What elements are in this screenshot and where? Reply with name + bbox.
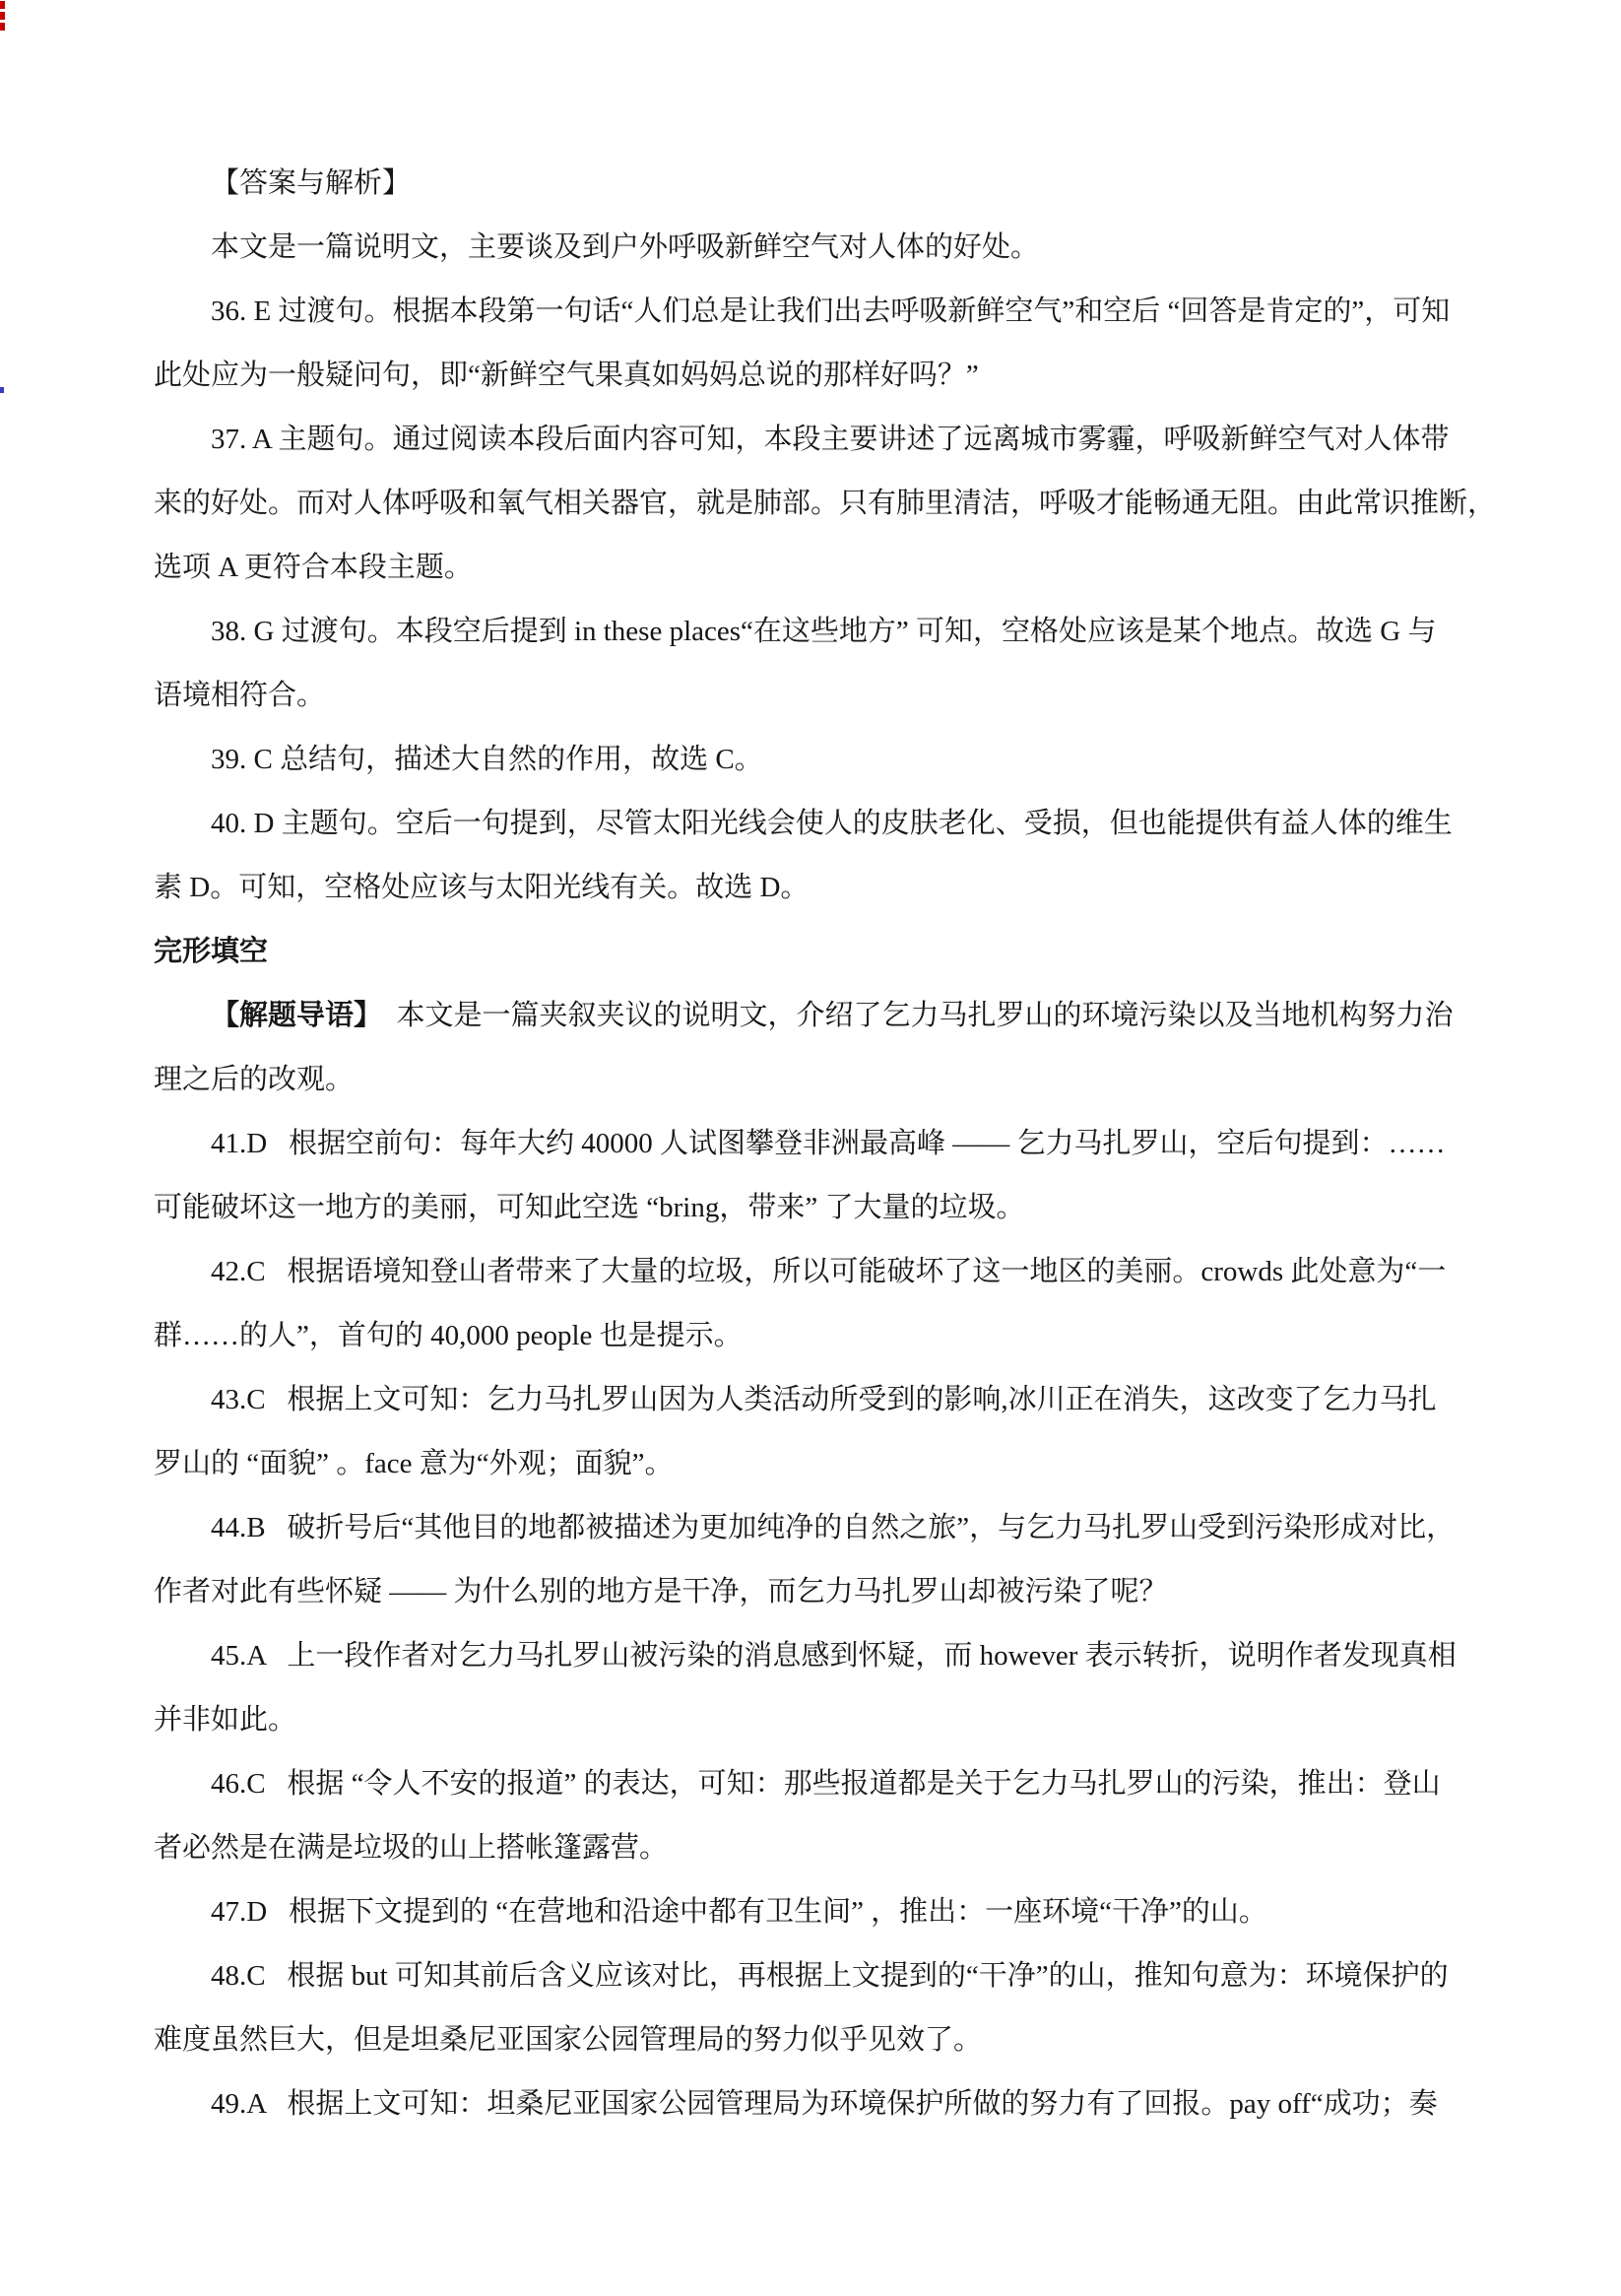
text-line-27: 者必然是在满是垃圾的山上搭帐篷露营。 bbox=[154, 1816, 1503, 1880]
text-line-17: 可能破坏这一地方的美丽，可知此空选 “bring，带来” 了大量的垃圾。 bbox=[154, 1176, 1503, 1240]
text-line-31: 49.A 根据上文可知：坦桑尼亚国家公园管理局为环境保护所做的努力有了回报。pa… bbox=[154, 2072, 1503, 2136]
text-line-30: 难度虽然巨大，但是坦桑尼亚国家公园管理局的努力似乎见效了。 bbox=[154, 2008, 1503, 2072]
scanned-answer-page: 【答案与解析】本文是一篇说明文，主要谈及到户外呼吸新鲜空气对人体的好处。36. … bbox=[0, 0, 1621, 2296]
text-line-5: 37. A 主题句。通过阅读本段后面内容可知，本段主要讲述了远离城市雾霾，呼吸新… bbox=[154, 408, 1503, 472]
text-line-2: 本文是一篇说明文，主要谈及到户外呼吸新鲜空气对人体的好处。 bbox=[154, 216, 1503, 280]
text-line-3: 36. E 过渡句。根据本段第一句话“人们总是让我们出去呼吸新鲜空气”和空后 “… bbox=[154, 280, 1503, 344]
text-line-4: 此处应为一般疑问句，即“新鲜空气果真如妈妈总说的那样好吗？” bbox=[154, 344, 1503, 408]
text-line-15: 理之后的改观。 bbox=[154, 1048, 1503, 1112]
text-line-25: 并非如此。 bbox=[154, 1688, 1503, 1752]
text-line-12: 素 D。可知，空格处应该与太阳光线有关。故选 D。 bbox=[154, 856, 1503, 920]
text-line-28: 47.D 根据下文提到的 “在营地和沿途中都有卫生间” ，推出：一座环境“干净”… bbox=[154, 1880, 1503, 1944]
document-body: 【答案与解析】本文是一篇说明文，主要谈及到户外呼吸新鲜空气对人体的好处。36. … bbox=[154, 152, 1503, 2136]
text-line-19: 群……的人”，首句的 40,000 people 也是提示。 bbox=[154, 1304, 1503, 1368]
text-line-22: 44.B 破折号后“其他目的地都被描述为更加纯净的自然之旅”，与乞力马扎罗山受到… bbox=[154, 1496, 1503, 1560]
text-line-10: 39. C 总结句，描述大自然的作用，故选 C。 bbox=[154, 728, 1503, 792]
text-line-6: 来的好处。而对人体呼吸和氧气相关器官，就是肺部。只有肺里清洁，呼吸才能畅通无阻。… bbox=[154, 472, 1503, 536]
text-line-11: 40. D 主题句。空后一句提到，尽管太阳光线会使人的皮肤老化、受损，但也能提供… bbox=[154, 792, 1503, 856]
text-line-23: 作者对此有些怀疑 —— 为什么别的地方是干净，而乞力马扎罗山却被污染了呢？ bbox=[154, 1560, 1503, 1624]
text-line-29: 48.C 根据 but 可知其前后含义应该对比，再根据上文提到的“干净”的山，推… bbox=[154, 1944, 1503, 2008]
blue-edge-mark bbox=[0, 387, 4, 393]
text-line-7: 选项 A 更符合本段主题。 bbox=[154, 536, 1503, 600]
text-line-24: 45.A 上一段作者对乞力马扎罗山被污染的消息感到怀疑，而 however 表示… bbox=[154, 1624, 1503, 1688]
scan-edge-artifact-marks bbox=[0, 0, 8, 404]
text-line-16: 41.D 根据空前句：每年大约 40000 人试图攀登非洲最高峰 —— 乞力马扎… bbox=[154, 1112, 1503, 1176]
red-edge-mark bbox=[0, 12, 5, 20]
text-line-8: 38. G 过渡句。本段空后提到 in these places“在这些地方” … bbox=[154, 600, 1503, 664]
text-line-20: 43.C 根据上文可知：乞力马扎罗山因为人类活动所受到的影响,冰川正在消失，这改… bbox=[154, 1368, 1503, 1432]
text-line-26: 46.C 根据 “令人不安的报道” 的表达，可知：那些报道都是关于乞力马扎罗山的… bbox=[154, 1752, 1503, 1816]
red-edge-mark bbox=[0, 1, 5, 9]
text-line-9: 语境相符合。 bbox=[154, 664, 1503, 728]
bold-lead-in: 【解题导语】 bbox=[211, 1000, 382, 1031]
text-line-1: 【答案与解析】 bbox=[154, 152, 1503, 216]
text-line-21: 罗山的 “面貌” 。face 意为“外观；面貌”。 bbox=[154, 1432, 1503, 1496]
text-line-18: 42.C 根据语境知登山者带来了大量的垃圾，所以可能破坏了这一地区的美丽。cro… bbox=[154, 1240, 1503, 1304]
red-edge-mark bbox=[0, 23, 5, 31]
text-line-13: 完形填空 bbox=[154, 920, 1503, 984]
text-line-14: 【解题导语】 本文是一篇夹叙夹议的说明文，介绍了乞力马扎罗山的环境污染以及当地机… bbox=[154, 984, 1503, 1048]
